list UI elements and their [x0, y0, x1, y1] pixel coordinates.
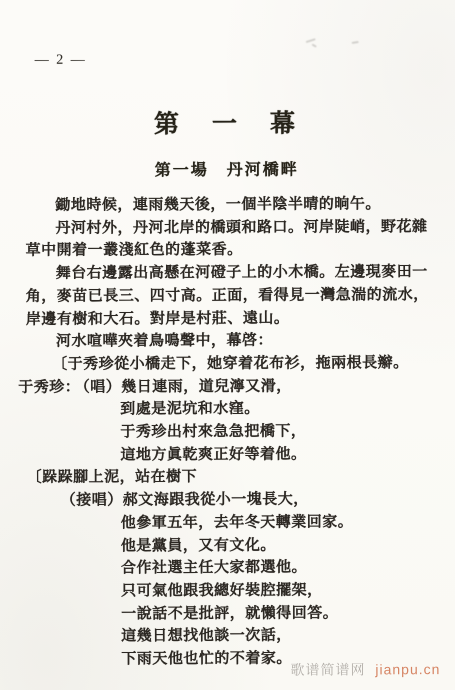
watermark-site-url: jianpu.cn: [375, 661, 440, 677]
lyric-line: 這幾日想找他談一次話，: [121, 624, 438, 648]
script-line: 角，麥苗已長三、四寸高。正面，看得見一灣急湍的流水，: [26, 284, 437, 308]
lyric-line: 一說話不是批評，就懶得回答。: [121, 602, 438, 626]
script-line: 河水喧嘩夾着鳥鳴聲中，幕啓：: [56, 329, 437, 353]
stage-direction-line: 〔于秀珍從小橋走下，她穿着花布衫，拖兩根長辮。: [52, 352, 437, 376]
page-content: — 2 — 第 一 幕 第一場 丹河橋畔 鋤地時候，連雨幾天後，一個半陰半晴的晌…: [0, 0, 455, 690]
speaker-name: 于秀珍：: [18, 379, 80, 395]
watermark-site-name: 歌谱简谱网: [290, 661, 365, 677]
lyric-line: 這地方眞乾爽正好等着他。: [120, 443, 437, 467]
lyric-line: 他參軍五年，去年冬天轉業回家。: [121, 511, 438, 535]
script-line: 草中開着一叢淺紅色的蓬菜香。: [26, 238, 437, 262]
lyric-line: 于秀珍出村來急急把橋下，: [120, 420, 437, 444]
speaker-line: 于秀珍：（唱）幾日連雨，道兒濘又滑，: [18, 375, 437, 400]
script-line: 鋤地時候，連雨幾天後，一個半陰半晴的晌午。: [55, 193, 436, 217]
lyric-line: 只可氣他跟我總好裝腔擺架，: [121, 579, 438, 603]
script-line: 〔跺跺腳上泥，站在樹下: [27, 466, 438, 490]
act-title: 第 一 幕: [0, 103, 454, 141]
script-body: 鋤地時候，連雨幾天後，一個半陰半晴的晌午。丹河村外，丹河北岸的橋頭和路口。河岸陡…: [31, 193, 438, 672]
page-number: — 2 —: [35, 53, 87, 69]
script-line: 丹河村外，丹河北岸的橋頭和路口。河岸陡峭，野花雜: [55, 216, 436, 240]
line-text: （唱）幾日連雨，道兒濘又滑，: [82, 378, 292, 395]
pencil-smudge: [304, 33, 366, 51]
scene-title: 第一場 丹河橋畔: [0, 156, 454, 181]
lyric-line: （接唱）郝文海跟我從小一塊長大，: [61, 488, 438, 512]
lyric-line: 到處是泥坑和水窪。: [120, 397, 437, 421]
script-line: 舞台右邊露出高懸在河磴子上的小木橋。左邊現麥田一: [56, 261, 437, 285]
script-line: 岸邊有樹和大石。對岸是村莊、遠山。: [26, 307, 437, 331]
watermark: 歌谱简谱网 jianpu.cn: [290, 659, 440, 680]
scanned-book-page: — 2 — 第 一 幕 第一場 丹河橋畔 鋤地時候，連雨幾天後，一個半陰半晴的晌…: [0, 0, 455, 690]
lyric-line: 合作社選主任大家都選他。: [121, 556, 438, 580]
lyric-line: 他是黨員，又有文化。: [121, 534, 438, 558]
